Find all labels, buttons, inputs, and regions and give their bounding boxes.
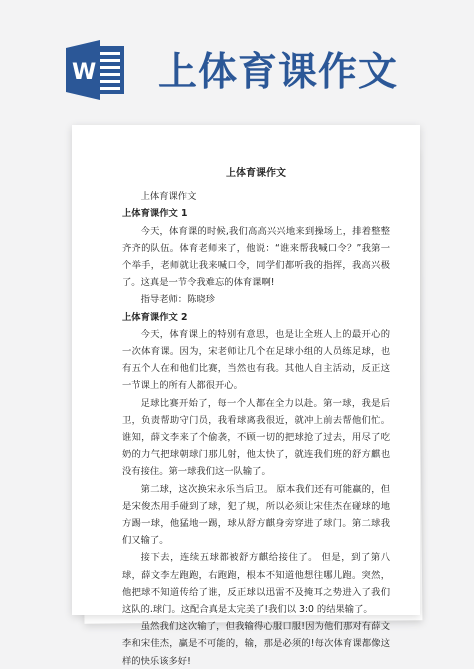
paragraph: 虽然我们这次输了，但我输得心服口服!因为他们那对有薛文李和宋佳杰，赢是不可能的，… <box>122 618 390 669</box>
document-page: 上体育课作文 上体育课作文 上体育课作文 1 今天，体育课的时候,我们高高兴兴地… <box>72 125 420 615</box>
banner-header: W 上体育课作文 <box>0 0 474 125</box>
paragraph: 足球比赛开始了，每一个人都在全力以赴。第一球，我是后卫，负责帮助守门员，我看球离… <box>122 395 390 481</box>
page-title: 上体育课作文 <box>158 48 398 96</box>
document-body: 上体育课作文 上体育课作文 上体育课作文 1 今天，体育课的时候,我们高高兴兴地… <box>122 165 390 669</box>
svg-text:W: W <box>72 60 96 85</box>
paragraph: 今天，体育课上的特别有意思，也是让全班人上的最开心的一次体育课。因为，宋老师让几… <box>122 326 390 395</box>
paragraph: 接下去，连续五球都被舒方麒给接住了。 但是，到了第八球，薛文李左跑跑，右跑跑，根… <box>122 549 390 618</box>
paragraph: 第二球，这次换宋永乐当后卫。 原本我们还有可能赢的，但是宋俊杰用手碰到了球，犯了… <box>122 481 390 550</box>
teacher-credit: 指导老师：陈晓珍 <box>122 291 390 308</box>
section-heading: 上体育课作文 1 <box>122 205 390 222</box>
document-subtitle: 上体育课作文 <box>122 188 390 205</box>
section-heading: 上体育课作文 2 <box>122 309 390 326</box>
paragraph: 今天，体育课的时候,我们高高兴兴地来到操场上，排着整整齐齐的队伍。体育老师来了，… <box>122 223 390 292</box>
document-title: 上体育课作文 <box>122 165 390 182</box>
word-icon: W <box>66 40 128 100</box>
